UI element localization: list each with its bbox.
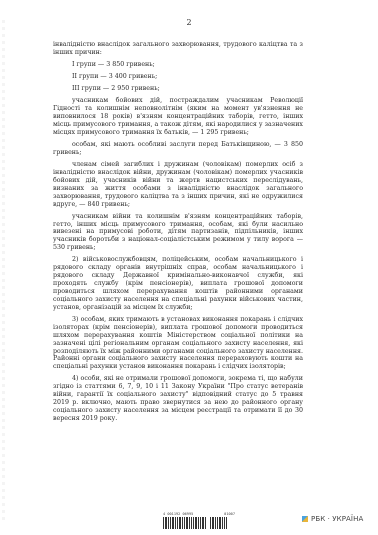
rbc-logo-icon xyxy=(302,516,308,522)
paragraph-special-merit: особам, які мають особливі заслуги перед… xyxy=(53,141,303,157)
disability-group-1: I групи — 3 850 гривень; xyxy=(53,61,303,69)
barcode-bars xyxy=(163,517,235,529)
document-page: 2 інвалідністю внаслідок загального захв… xyxy=(0,0,378,535)
page-number: 2 xyxy=(0,18,378,27)
paragraph-item-4: 4) особи, які не отримали грошової допом… xyxy=(53,375,303,422)
paragraph-war-participants: учасникам війни та колишнім в'язням конц… xyxy=(53,213,303,253)
rbc-ukraine-watermark: РБК · УКРАЇНА xyxy=(302,515,363,523)
paragraph-item-3: 3) особам, яких тримають в установах вик… xyxy=(53,316,303,371)
barcode: 4 001192 06995 01007 xyxy=(163,512,235,529)
paragraph-combat-participants: учасникам бойових дій, постраждалим учас… xyxy=(53,97,303,137)
paragraph-intro: інвалідністю внаслідок загального захвор… xyxy=(53,41,303,57)
disability-group-3: III групи — 2 950 гривень; xyxy=(53,85,303,93)
paragraph-family-members: членам сімей загиблих і дружинам (чолові… xyxy=(53,161,303,208)
document-body: інвалідністю внаслідок загального захвор… xyxy=(53,41,303,427)
disability-group-2: II групи — 3 400 гривень; xyxy=(53,73,303,81)
watermark-text: РБК · УКРАЇНА xyxy=(311,515,363,523)
scan-margin-marks xyxy=(2,20,5,520)
paragraph-item-2: 2) військовослужбовцям, поліцейським, ос… xyxy=(53,256,303,311)
